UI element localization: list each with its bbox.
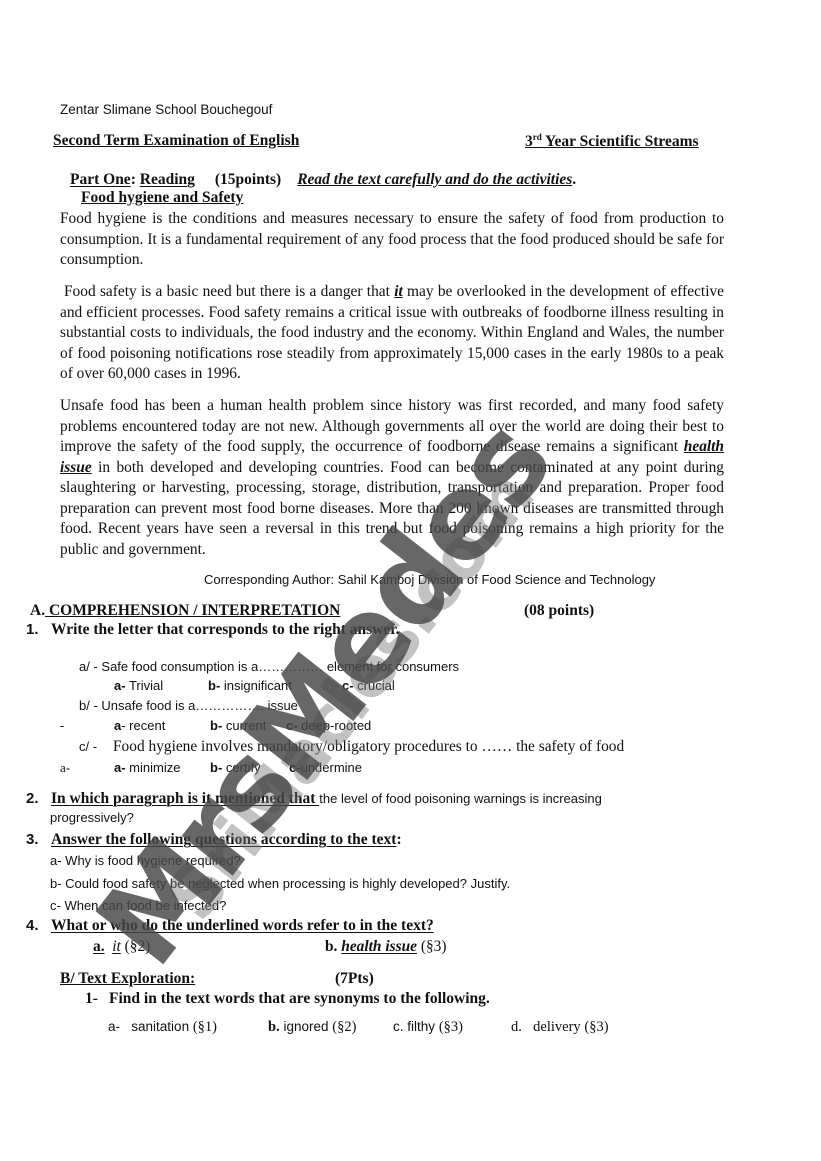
question-text: Write the letter that corresponds to the… (51, 621, 400, 638)
section-b-question-1: 1-Find in the text words that are synony… (85, 990, 490, 1008)
part-instruction: Read the text carefully and do the activ… (297, 171, 572, 188)
option-c: c- crucial (342, 678, 395, 693)
level-label: Year Scientific Streams (542, 133, 699, 150)
level-title: 3rd Year Scientific Streams (525, 132, 699, 151)
q1c-label: c/ - (79, 739, 113, 754)
option-c: c-undermine (289, 760, 362, 775)
question-1: 1.Write the letter that corresponds to t… (26, 621, 400, 639)
question-2-continuation: progressively? (50, 810, 134, 825)
question-number: 2. (26, 790, 51, 807)
q1b-options: a- recentb- currentc- deep-rooted (114, 718, 371, 733)
question-colon: : (396, 831, 401, 848)
option-b: b- current (210, 718, 286, 733)
p3-text-after: in both developed and developing countri… (60, 459, 724, 558)
part-label: Part One (70, 171, 131, 188)
question-text: What or who do the underlined words refe… (51, 917, 434, 934)
q1b-stem: b/ - Unsafe food is a……………. issue (79, 698, 298, 713)
q3-item-a: a- Why is food hygiene required? (50, 853, 241, 868)
school-name: Zentar Slimane School Bouchegouf (60, 102, 272, 117)
q4a-label: a. (93, 938, 105, 955)
section-a-prefix: A. (30, 602, 45, 619)
q4a-ref: (§2) (121, 938, 151, 955)
q3-item-b: b- Could food safety be neglected when p… (50, 876, 510, 891)
q4a-word: it (112, 938, 121, 955)
question-text-rest: the level of food poisoning warnings is … (319, 791, 602, 806)
paragraph-3: Unsafe food has been a human health prob… (60, 396, 724, 560)
paragraph-1: Food hygiene is the conditions and measu… (60, 209, 724, 271)
part-points: (15points) (215, 171, 281, 188)
synonym-item-c: c. filthy (§3) (393, 1019, 511, 1036)
question-2: 2.In which paragraph is it mentioned tha… (26, 790, 602, 808)
section-b-heading: B/ Text Exploration: (60, 970, 195, 988)
option-b: b- certify (210, 760, 289, 775)
level-number: 3 (525, 133, 533, 150)
exam-title: Second Term Examination of English (53, 132, 299, 150)
q4-item-a: a. it (§2) (93, 938, 150, 956)
question-3: 3.Answer the following questions accordi… (26, 831, 402, 849)
question-number: 4. (26, 917, 51, 934)
option-a: a- Trivial (114, 678, 208, 693)
section-label: Reading (140, 171, 195, 188)
q1c-stem: c/ - Food hygiene involves mandatory/obl… (79, 738, 624, 756)
p3-text-before: Unsafe food has been a human health prob… (60, 397, 724, 455)
q1c-text: Food hygiene involves mandatory/obligato… (113, 738, 624, 755)
source-attribution: Corresponding Author: Sahil Kamboj Divis… (204, 572, 655, 587)
option-a: a- recent (114, 718, 210, 733)
level-ordinal: rd (533, 132, 542, 142)
q4b-ref: (§3) (417, 938, 447, 955)
q1a-stem: a/ - Safe food consumption is a…………… ele… (79, 659, 459, 674)
part-one-heading: Part One: Reading(15points)Read the text… (70, 171, 576, 189)
synonym-item-b: b. ignored (§2) (268, 1019, 393, 1036)
q4b-label: b. (325, 938, 337, 955)
option-b: b- insignificant (208, 678, 342, 693)
paragraph-2: Food safety is a basic need but there is… (60, 282, 724, 385)
underlined-word-it: it (394, 283, 403, 300)
synonym-item-a: a- sanitation (§1) (108, 1019, 268, 1036)
text-title: Food hygiene and Safety (81, 189, 243, 207)
q1b-dash: - (60, 718, 64, 733)
question-number: 1. (26, 621, 51, 638)
question-number: 3. (26, 831, 51, 848)
section-a-points: (08 points) (524, 602, 594, 620)
question-4: 4.What or who do the underlined words re… (26, 917, 434, 935)
q1c-prefix: a- (60, 760, 70, 776)
q4b-word: health issue (341, 938, 417, 955)
p2-text-before: Food safety is a basic need but there is… (64, 283, 394, 300)
question-number: 1- (85, 990, 109, 1008)
instruction-period: . (572, 171, 576, 188)
question-text: Answer the following questions according… (51, 831, 396, 848)
section-a-title: COMPREHENSION / INTERPRETATION (45, 602, 340, 619)
question-text: In which paragraph is it mentioned that (51, 790, 319, 807)
q1c-options: a- minimizeb- certifyc-undermine (114, 760, 362, 775)
question-text: Find in the text words that are synonyms… (109, 990, 490, 1007)
q1a-options: a- Trivialb- insignificantc- crucial (114, 678, 395, 693)
section-b-points: (7Pts) (335, 970, 374, 988)
synonym-items: a- sanitation (§1)b. ignored (§2)c. filt… (108, 1019, 609, 1036)
synonym-item-d: d. delivery (§3) (511, 1019, 609, 1036)
section-a-heading: A. COMPREHENSION / INTERPRETATION (30, 602, 340, 620)
q3-item-c: c- When can food be infected? (50, 898, 226, 913)
option-c: c- deep-rooted (286, 718, 371, 733)
option-a: a- minimize (114, 760, 210, 775)
q4-item-b: b. health issue (§3) (325, 938, 446, 956)
part-colon: : (131, 171, 136, 188)
